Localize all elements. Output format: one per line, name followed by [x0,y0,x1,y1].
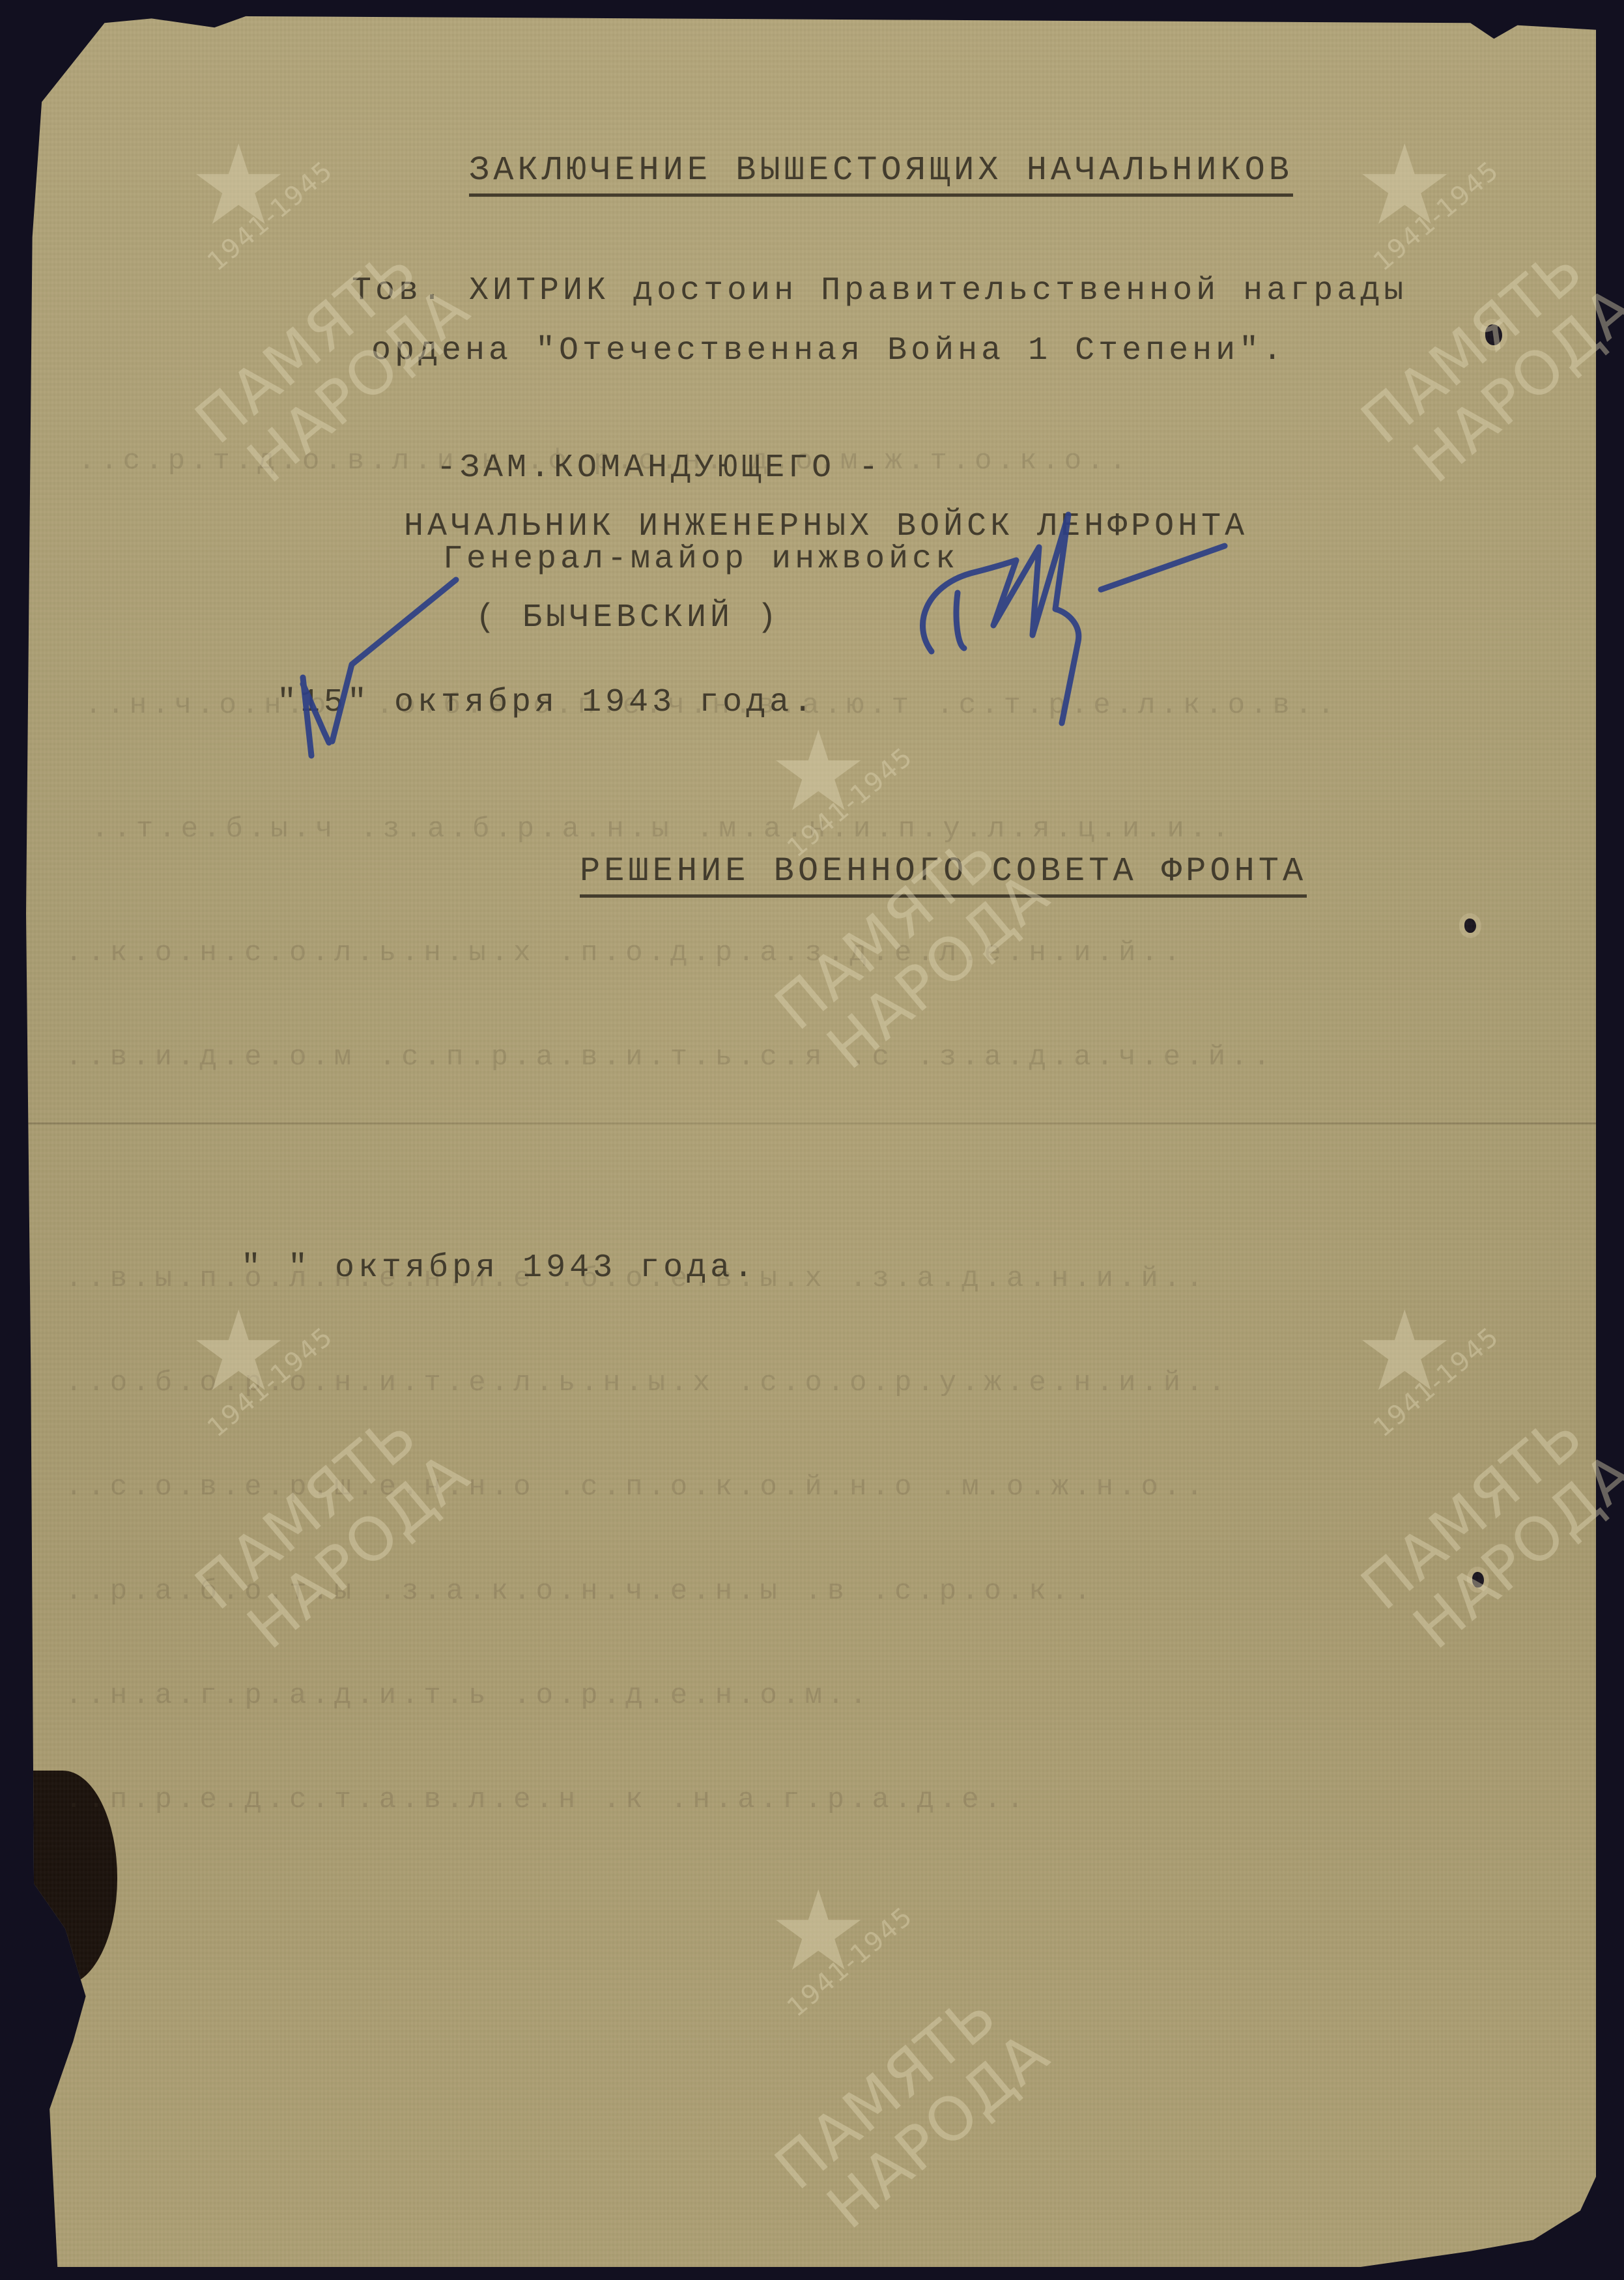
section-heading-decision: РЕШЕНИЕ ВОЕННОГО СОВЕТА ФРОНТА [580,852,1307,898]
punch-hole [1485,324,1502,345]
document-scan: ..с.р.т.д.о.в.л.и.н .ф.р.о.н. д.о.м.ж.т.… [0,0,1624,2280]
award-statement-line2: ордена "Отечественная Война 1 Степени". [371,332,1286,369]
decision-date: " " октября 1943 года. [241,1249,757,1287]
signatory-name: ( БЫЧЕВСКИЙ ) [476,599,780,636]
award-statement-line1: Тов. ХИТРИК достоин Правительственной на… [352,272,1407,309]
paper-fold-line [26,1122,1596,1124]
section-heading-conclusion: ЗАКЛЮЧЕНИЕ ВЫШЕСТОЯЩИХ НАЧАЛЬНИКОВ [469,151,1293,197]
signatory-title-chief: НАЧАЛЬНИК ИНЖЕНЕРНЫХ ВОЙСК ЛЕНФРОНТА [404,508,1248,545]
signatory-rank: Генерал-майор инжвойск [443,541,959,578]
punch-hole [1472,1572,1484,1588]
signatory-title-deputy: -ЗАМ.КОМАНДУЮЩЕГО - [436,449,882,487]
conclusion-date: "15" октября 1943 года. [277,684,816,721]
punch-hole [1464,919,1476,933]
